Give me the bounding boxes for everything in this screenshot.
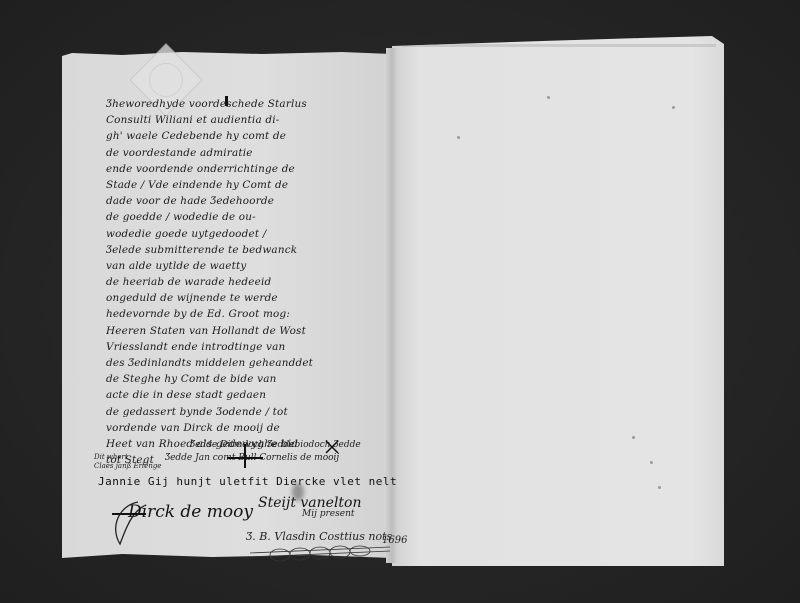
- text-line: de goedde / wodedie de ou-: [106, 209, 406, 225]
- text-line: hedevornde by de Ed. Groot mog:: [106, 306, 406, 322]
- margin-note-line: Claes janß Erlenge: [94, 462, 161, 471]
- text-line: Consulti Wiliani et audientia di-: [106, 112, 406, 128]
- text-line: de heeriab de warade hedeeid: [106, 274, 406, 290]
- paper-speck: [658, 486, 661, 489]
- text-line: de voordestande admiratie: [106, 145, 406, 161]
- text-line: vordende van Dirck de mooij de: [106, 420, 406, 436]
- text-line: gh' waele Cedebende hy comt de: [106, 128, 406, 144]
- text-line: Stade / Vde eindende hy Comt de: [106, 177, 406, 193]
- present-note: Mij present: [302, 509, 355, 519]
- text-line: van alde uytlde de waetty: [106, 258, 406, 274]
- text-line: de gedassert bynde Ʒodende / tot: [106, 404, 406, 420]
- right-page-blank: [392, 36, 724, 566]
- text-line: dade voor de hade Ʒedehoorde: [106, 193, 406, 209]
- page-fold-edge: [402, 44, 716, 47]
- paper-speck: [650, 461, 653, 464]
- text-line: des Ʒedinlandts middelen geheanddet: [106, 355, 406, 371]
- paper-speck: [632, 436, 635, 439]
- cross-mark-icon: [325, 440, 339, 454]
- notary-signature: Ʒ. B. Vlasdin Costtius nots: [246, 530, 392, 543]
- text-line: acte die in dese stadt gedaen: [106, 387, 406, 403]
- paper-speck: [547, 96, 550, 99]
- text-line: wodedie goede uytgedoodet /: [106, 226, 406, 242]
- margin-note: Dit whert Claes janß Erlenge: [94, 453, 161, 471]
- manuscript-body: Ʒheworedhyde voordeschede Starlus Consul…: [106, 96, 406, 468]
- text-line: Heeren Staten van Hollandt de Wost: [106, 323, 406, 339]
- text-line: ongeduld de wijnende te werde: [106, 290, 406, 306]
- signature-dirck-de-mooy: Dirck de mooy: [128, 502, 253, 522]
- text-line: Ʒelede submitterende te bedwanck: [106, 242, 406, 258]
- text-line: Ʒheworedhyde voordeschede Starlus: [106, 96, 406, 112]
- text-line: ende voordende onderrichtinge de: [106, 161, 406, 177]
- folio-number: 1696: [382, 535, 407, 546]
- paper-speck: [457, 136, 460, 139]
- notary-flourish-icon: [250, 545, 400, 563]
- text-line: Vriesslandt ende introdtinge van: [106, 339, 406, 355]
- margin-note-line: Dit whert: [94, 453, 161, 462]
- cross-mark-icon: [225, 444, 265, 468]
- signers-line: Jannie Gij hunjt uletfit Diercke vlet ne…: [98, 475, 397, 488]
- text-line: de Steghe hy Comt de bide van: [106, 371, 406, 387]
- paper-speck: [672, 106, 675, 109]
